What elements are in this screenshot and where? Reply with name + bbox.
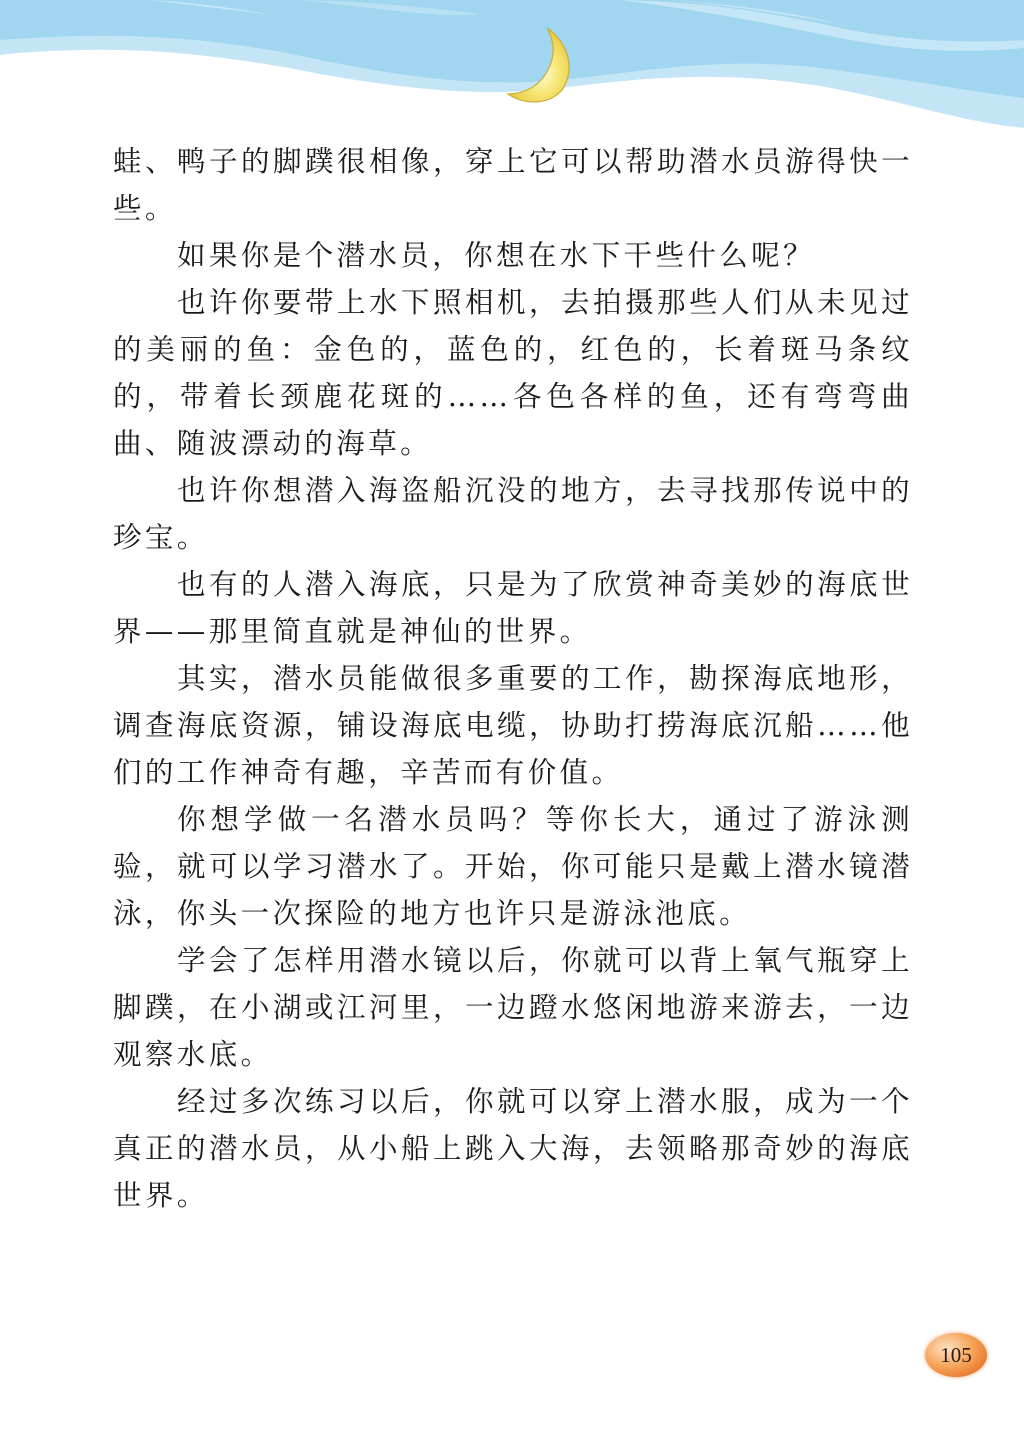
paragraph-7: 你想学做一名潜水员吗？等你长大，通过了游泳测验，就可以学习潜水了。开始，你可能只… xyxy=(113,796,913,937)
paragraph-6: 其实，潜水员能做很多重要的工作，勘探海底地形，调查海底资源，铺设海底电缆，协助打… xyxy=(113,655,913,796)
paragraph-3: 也许你要带上水下照相机，去拍摄那些人们从未见过的美丽的鱼：金色的，蓝色的，红色的… xyxy=(113,279,913,467)
paragraph-2: 如果你是个潜水员，你想在水下干些什么呢？ xyxy=(113,232,913,279)
page-number-badge: 105 xyxy=(925,1333,987,1377)
paragraph-1: 蛙、鸭子的脚蹼很相像，穿上它可以帮助潜水员游得快一些。 xyxy=(113,138,913,232)
paragraph-5: 也有的人潜入海底，只是为了欣赏神奇美妙的海底世界——那里简直就是神仙的世界。 xyxy=(113,561,913,655)
page-number: 105 xyxy=(940,1343,972,1368)
article-body: 蛙、鸭子的脚蹼很相像，穿上它可以帮助潜水员游得快一些。 如果你是个潜水员，你想在… xyxy=(113,138,913,1219)
crescent-moon-icon xyxy=(502,24,582,106)
paragraph-4: 也许你想潜入海盗船沉没的地方，去寻找那传说中的珍宝。 xyxy=(113,467,913,561)
paragraph-8: 学会了怎样用潜水镜以后，你就可以背上氧气瓶穿上脚蹼，在小湖或江河里，一边蹬水悠闲… xyxy=(113,937,913,1078)
paragraph-9: 经过多次练习以后，你就可以穿上潜水服，成为一个真正的潜水员，从小船上跳入大海，去… xyxy=(113,1078,913,1219)
